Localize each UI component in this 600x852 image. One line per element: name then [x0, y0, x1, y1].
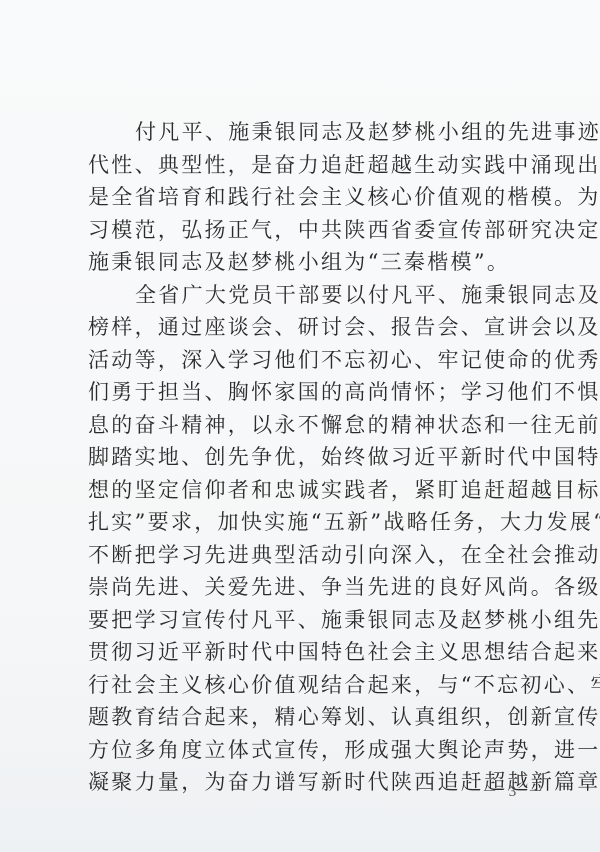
text-line: 凝聚力量，为奋力谱写新时代陕西追赶超越新篇章营造浓厚氛围。: [88, 766, 534, 799]
text-line: 崇尚先进、关爱先进、争当先进的良好风尚。各级各类新闻媒体: [88, 571, 534, 604]
paragraph-1: 付凡平、施秉银同志及赵梦桃小组的先进事迹具有强烈的时 代性、典型性，是奋力追赶超…: [88, 116, 534, 279]
text-line: 是全省培育和践行社会主义核心价值观的楷模。为表彰先进，学: [88, 181, 534, 214]
text-line: 方位多角度立体式宣传，形成强大舆论声势，进一步统一思想，: [88, 734, 534, 767]
text-line: 习模范，弘扬正气，中共陕西省委宣传部研究决定，命名付凡平、: [88, 214, 534, 247]
text-line: 施秉银同志及赵梦桃小组为“三秦楷模”。: [88, 246, 534, 279]
text-line: 全省广大党员干部要以付凡平、施秉银同志及赵梦桃小组为: [88, 279, 534, 312]
text-line: 代性、典型性，是奋力追赶超越生动实践中涌现出的先进典范，: [88, 149, 534, 182]
page-number: － 3 －: [482, 780, 547, 801]
document-page: 付凡平、施秉银同志及赵梦桃小组的先进事迹具有强烈的时 代性、典型性，是奋力追赶超…: [0, 0, 600, 852]
text-line: 想的坚定信仰者和忠诚实践者，紧盯追赶超越目标，践行“五个: [88, 474, 534, 507]
text-line: 要把学习宣传付凡平、施秉银同志及赵梦桃小组先进事迹与学习: [88, 604, 534, 637]
text-line: 脚踏实地、创先争优，始终做习近平新时代中国特色社会主义思: [88, 441, 534, 474]
text-line: 贯彻习近平新时代中国特色社会主义思想结合起来，与培育和践: [88, 636, 534, 669]
text-line: 不断把学习先进典型活动引向深入，在全社会推动形成学习先进、: [88, 539, 534, 572]
document-body: 付凡平、施秉银同志及赵梦桃小组的先进事迹具有强烈的时 代性、典型性，是奋力追赶超…: [88, 116, 534, 799]
paragraph-2: 全省广大党员干部要以付凡平、施秉银同志及赵梦桃小组为 榜样，通过座谈会、研讨会、…: [88, 279, 534, 799]
text-line: 榜样，通过座谈会、研讨会、报告会、宣讲会以及各种岗位竞赛: [88, 311, 534, 344]
text-line: 行社会主义核心价值观结合起来，与“不忘初心、牢记使命”主: [88, 669, 534, 702]
text-line: 息的奋斗精神，以永不懈怠的精神状态和一往无前的奋斗姿态，: [88, 409, 534, 442]
text-line: 扎实”要求，加快实施“五新”战略任务，大力发展“三个经济”，: [88, 506, 534, 539]
text-line: 题教育结合起来，精心筹划、认真组织，创新宣传方式，开展全: [88, 701, 534, 734]
text-line: 活动等，深入学习他们不忘初心、牢记使命的优秀品格；学习他: [88, 344, 534, 377]
text-line: 付凡平、施秉银同志及赵梦桃小组的先进事迹具有强烈的时: [88, 116, 534, 149]
text-line: 们勇于担当、胸怀家国的高尚情怀；学习他们不惧危难、自强不: [88, 376, 534, 409]
